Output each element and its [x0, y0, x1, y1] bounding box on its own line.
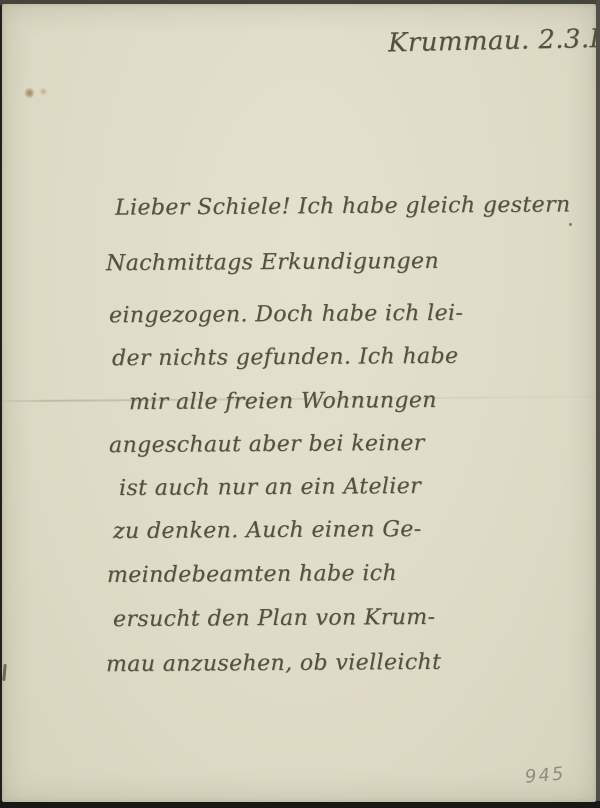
scan-edge-bottom: [0, 801, 600, 808]
foxing-stain: [40, 88, 47, 95]
letter-line-5: mir alle freien Wohnungen: [129, 388, 437, 415]
letter-line-3: eingezogen. Doch habe ich lei-: [109, 301, 463, 328]
scanned-letter: Krummau. 2.3.II. Lieber Schiele! Ich hab…: [0, 0, 600, 808]
letter-line-8: zu denken. Auch einen Ge-: [113, 517, 422, 544]
letter-line-10: ersucht den Plan von Krum-: [113, 605, 436, 632]
ink-edge-mark: [2, 664, 6, 681]
scan-edge-right: [596, 0, 600, 808]
foxing-stain: [25, 88, 34, 98]
letter-page: Krummau. 2.3.II. Lieber Schiele! Ich hab…: [2, 4, 596, 802]
letter-line-4: der nichts gefunden. Ich habe: [112, 344, 459, 371]
dateline: Krummau. 2.3.II.: [388, 24, 600, 59]
letter-line-6: angeschaut aber bei keiner: [109, 431, 425, 458]
letter-line-9: meindebeamten habe ich: [107, 561, 397, 588]
letter-line-1: Lieber Schiele! Ich habe gleich gestern: [115, 192, 571, 220]
paper-speck: [569, 223, 572, 226]
archive-number: 945: [524, 763, 566, 787]
letter-line-11: mau anzusehen, ob vielleicht: [106, 650, 441, 677]
letter-line-7: ist auch nur an ein Atelier: [119, 474, 421, 501]
letter-line-2: Nachmittags Erkundigungen: [106, 249, 439, 276]
